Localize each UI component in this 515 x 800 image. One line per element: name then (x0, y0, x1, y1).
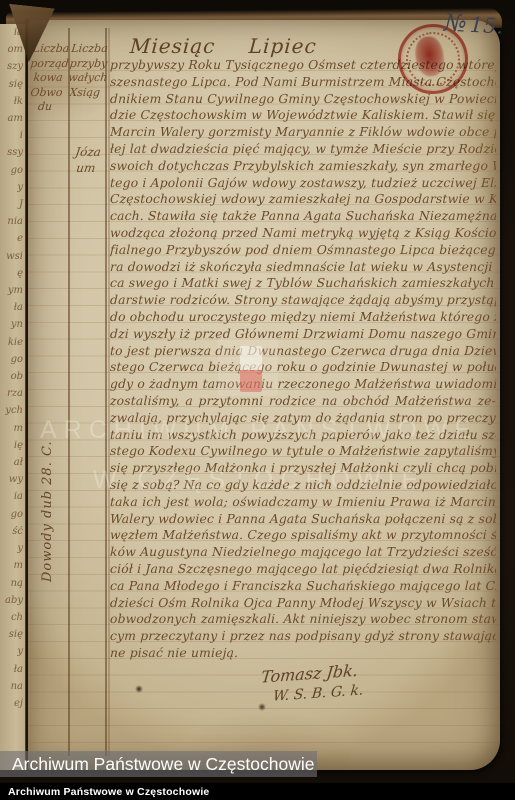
manuscript-line: to jest pierwsza dnia Dwunastego Czerwca… (110, 343, 497, 360)
manuscript-line: cach. Stawiła się także Panna Agata Such… (110, 208, 497, 225)
manuscript-line: ne pisać nie umieją. (110, 645, 497, 662)
text-fragment: y (0, 643, 26, 660)
manuscript-line: wodząca złożoną przed Nami metryką wyjęt… (110, 225, 497, 242)
text-fragment: ię (0, 437, 26, 454)
previous-page-edge: iaomszysięłkamissygoyJniaewsięymłaynkieg… (0, 24, 26, 770)
text-fragment: ch (0, 609, 26, 626)
manuscript-line: się z sobą? Na co gdy każde z nich oddzi… (110, 477, 497, 494)
text-fragment: om (0, 41, 26, 58)
margin-note-word: Józa (69, 144, 107, 160)
manuscript-line: ków Augustyna Niedzielnego mającego lat … (110, 544, 497, 561)
text-fragment: go (0, 351, 26, 368)
text-fragment: ał (0, 454, 26, 471)
margin-rule-line-1 (68, 28, 70, 756)
margin-word: Xsiąg (66, 86, 104, 101)
flag-white-stripe (240, 346, 262, 370)
manuscript-line: taka ich jest wola; oświadczamy w Imieni… (110, 494, 497, 511)
manuscript-line: Walery wdowiec i Panna Agata Suchańska p… (110, 511, 497, 528)
text-fragment: yn (0, 316, 26, 333)
text-fragment: m (0, 557, 26, 574)
text-fragment: wy (0, 471, 26, 488)
side-note-vertical: Dowody dub 28. C. (40, 372, 55, 582)
text-fragment: ssy (0, 144, 26, 161)
text-fragment: am (0, 110, 26, 127)
manuscript-line: darstwie rodziców. Strony stawające żąda… (110, 292, 497, 309)
text-fragment: aby (0, 592, 26, 609)
manuscript-line: ra dowodzi iż skończyła siedmnaście lat … (110, 259, 497, 276)
text-fragment: łk (0, 93, 26, 110)
text-fragment: ej (0, 695, 26, 712)
margin-note: Józaum (67, 144, 107, 176)
text-fragment: ym (0, 282, 26, 299)
manuscript-line: dzi wyszły iż przed Głównemi Drzwiami Do… (110, 326, 497, 343)
folio-number: № 15. (443, 8, 504, 39)
text-fragment: ę (0, 265, 26, 282)
text-fragment: ła (0, 299, 26, 316)
folio-flourish: № (443, 8, 465, 37)
text-fragment: ść (0, 523, 26, 540)
manuscript-line: łej lat dwadzieścia pięć mający, w tymże… (110, 141, 497, 158)
manuscript-line: do obchodu uroczystego między niemi Małż… (110, 309, 497, 326)
margin-word: przyby (69, 57, 107, 72)
archive-scan-viewer: iaomszysięłkamissygoyJniaewsięymłaynkieg… (0, 0, 515, 800)
text-fragment: J (0, 196, 26, 213)
text-fragment: na (0, 678, 26, 695)
text-fragment: go (0, 162, 26, 179)
text-fragment: nia (0, 213, 26, 230)
manuscript-line: stego Czerwca bieżącego roku o godzinie … (110, 359, 497, 376)
text-fragment: kie (0, 334, 26, 351)
polish-flag-icon (240, 346, 262, 392)
margin-word: wałych (67, 71, 105, 86)
manuscript-line: dzieści Ośm Rolnika Ojca Panny Młodej Ws… (110, 595, 497, 612)
text-fragment: ia (0, 488, 26, 505)
text-fragment: się (0, 626, 26, 643)
text-fragment: y (0, 179, 26, 196)
margin-word: Liczba (71, 42, 109, 57)
manuscript-body: przybywszy Roku Tysiącznego Ośmset czter… (110, 57, 496, 662)
margin-word: du (24, 100, 66, 115)
text-fragment: m (0, 420, 26, 437)
text-fragment: ną (0, 575, 26, 592)
text-fragment: się (0, 76, 26, 93)
manuscript-line: Częstochowskiej wdowy zamieszkałej na Go… (110, 191, 497, 208)
text-fragment: e (0, 230, 26, 247)
text-fragment: y (0, 540, 26, 557)
manuscript-line: ca Pana Młodego i Franciszka Suchańskieg… (110, 578, 497, 595)
manuscript-line: gdy o żadnym tamowaniu rzeczonego Małżeń… (110, 376, 497, 393)
manuscript-line: swoich dotychczas Przybylskich zamieszka… (110, 158, 497, 175)
manuscript-line: fialnego Przybyszów pod dniem Ośmnastego… (110, 242, 497, 259)
manuscript-line: stego Kodexu Cywilnego w tytule o Małżeń… (110, 443, 497, 460)
manuscript-line: obwodzonych zamięszkali. Akt niniejszy w… (110, 611, 497, 628)
manuscript-page: LiczbaporządkowaObwodu Liczbaprzybywałyc… (28, 20, 500, 770)
manuscript-line: cym przeczytany i przez nas podpisany gd… (110, 628, 497, 645)
manuscript-line: ciół i Jana Szczęsnego mającego lat pięć… (110, 561, 497, 578)
manuscript-line: węzłem Małżeństwa. Czego spisaliśmy akt … (110, 527, 497, 544)
text-fragment: i (0, 127, 26, 144)
manuscript-line: się przyszłego Małżonka i przyszłej Małż… (110, 460, 497, 477)
text-fragment: ła (0, 661, 26, 678)
text-fragment: szy (0, 58, 26, 75)
flag-red-stripe (240, 370, 262, 392)
text-fragment: rza (0, 385, 26, 402)
footer-text: Archiwum Państwowe w Częstochowie (0, 786, 209, 798)
manuscript-line: zostaliśmy, a przytomni rodzice na obchó… (110, 393, 497, 410)
manuscript-line: taniu im wszystkich powyższych papierów … (110, 427, 497, 444)
page-header: Miesiąc Lipiec (129, 34, 317, 58)
scan-photo: iaomszysięłkamissygoyJniaewsięymłaynkieg… (0, 0, 515, 783)
manuscript-line: zwalają, przychylając się zatym do żądan… (110, 410, 497, 427)
caption-overlay-text: Archiwum Państwowe w Częstochowie (0, 754, 314, 775)
manuscript-line: dzie Częstochowskim w Województwie Kalis… (110, 107, 497, 124)
manuscript-line: ca swego i Matki swej z Tyblów Suchański… (110, 275, 497, 292)
margin-rule-line-2 (105, 28, 107, 756)
margin-note-word: um (67, 160, 105, 176)
footer-bar: Archiwum Państwowe w Częstochowie (0, 783, 515, 800)
folio-value: 15. (469, 13, 504, 39)
caption-overlay-bar: Archiwum Państwowe w Częstochowie (0, 751, 317, 777)
signature-block: Tomasz Jbk. W. S. B. G. k. (258, 660, 367, 708)
text-fragment: ob (0, 368, 26, 385)
text-fragment: wsi (0, 248, 26, 265)
text-fragment: ych (0, 402, 26, 419)
manuscript-line: Marcin Walery gorzmisty Maryannie z Fikl… (110, 124, 497, 141)
margin-word: Obwo (26, 86, 68, 101)
margin-word: kowa (27, 71, 69, 86)
margin-word: porząd (29, 57, 71, 72)
manuscript-line: tego i Apolonii Gajów wdowy zostawszy, t… (110, 175, 497, 192)
margin-column-2: LiczbaprzybywałychXsiąg (66, 42, 108, 100)
text-fragment: go (0, 506, 26, 523)
